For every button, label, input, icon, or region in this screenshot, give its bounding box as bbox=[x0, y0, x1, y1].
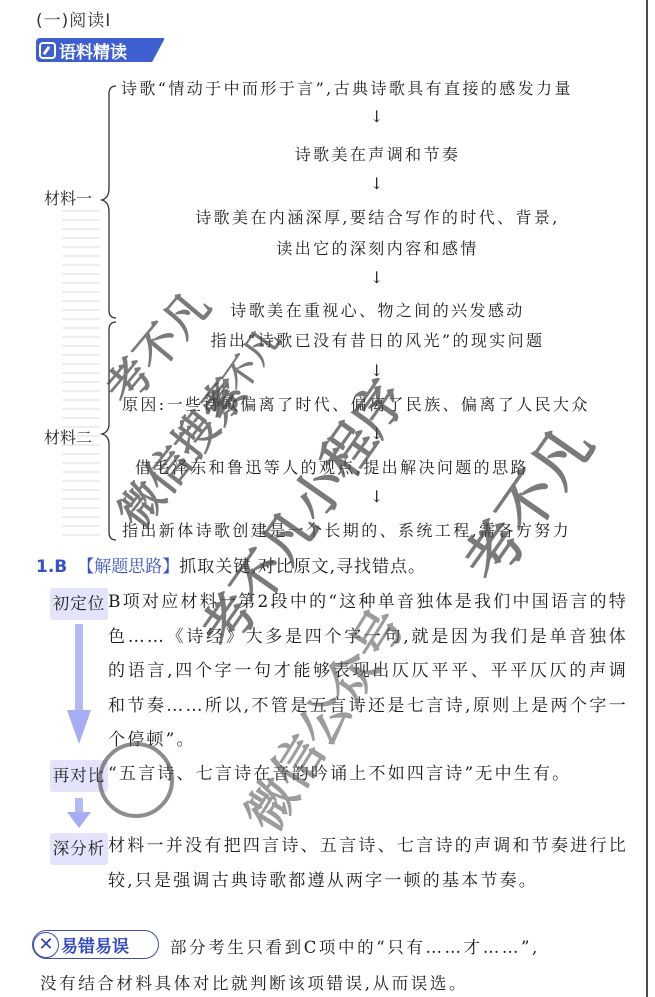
material-one-brace bbox=[100, 84, 118, 320]
outline-node: 读出它的深刻内容和感情 bbox=[120, 236, 635, 259]
answer-heading: 1.B【解题思路】抓取关键,对比原文,寻找错点。 bbox=[36, 552, 426, 577]
material-two-label: 材料二 bbox=[44, 425, 92, 448]
step-text-analyze: 材料一并没有把四言诗、五言诗、七言诗的声调和节奏进行比较,只是强调古典诗歌都遵从… bbox=[108, 829, 628, 898]
flow-arrow-icon: ↓ bbox=[370, 108, 382, 126]
material-one-label: 材料一 bbox=[44, 186, 92, 209]
solution-tag: 【解题思路】 bbox=[77, 557, 179, 577]
flow-arrow-icon: ↓ bbox=[370, 425, 382, 443]
section-badge-label: 语料精读 bbox=[59, 38, 127, 63]
solution-summary: 抓取关键,对比原文,寻找错点。 bbox=[179, 557, 426, 577]
outline-node: 借毛泽东和鲁迅等人的观点,提出解决问题的思路 bbox=[135, 455, 529, 478]
outline-node: 诗歌美在声调和节奏 bbox=[120, 142, 635, 165]
watermark-text: 微信搜索 bbox=[100, 361, 259, 539]
step-text-locate: B项对应材料一第2段中的“这种单音独体是我们中国语言的特色……《诗经》大多是四个… bbox=[108, 585, 628, 758]
outline-node: 诗歌“情动于中而形于言”,古典诗歌具有直接的感发力量 bbox=[121, 76, 573, 99]
flow-arrow-icon: ↓ bbox=[370, 488, 382, 506]
outline-node: 指出新体诗歌创建是一个长期的、系统工程,需各方努力 bbox=[122, 518, 571, 541]
outline-node: 诗歌美在内涵深厚,要结合写作的时代、背景, bbox=[120, 205, 635, 228]
scan-artifact bbox=[62, 210, 100, 540]
flow-arrow-icon: ↓ bbox=[370, 175, 382, 193]
error-note-line-2: 没有结合材料具体对比就判断该项错误,从而误选。 bbox=[40, 970, 468, 994]
section-label: (一)阅读Ⅰ bbox=[36, 6, 111, 31]
error-note-line-1: 部分考生只看到C项中的“只有……才……”, bbox=[170, 934, 540, 958]
error-prone-label: 易错易误 bbox=[61, 932, 129, 957]
outline-node: 指出“诗歌已没有昔日的风光”的现实问题 bbox=[120, 328, 635, 351]
step-tag-locate: 初定位 bbox=[50, 588, 108, 620]
outline-node: 原因:一些诗歌偏离了时代、偏离了民族、偏离了人民大众 bbox=[122, 392, 590, 415]
step-arrow-icon bbox=[66, 624, 92, 746]
step-arrow-icon bbox=[66, 798, 92, 830]
flow-arrow-icon: ↓ bbox=[370, 269, 382, 287]
flow-arrow-icon: ↓ bbox=[370, 362, 382, 380]
x-icon: ✕ bbox=[33, 932, 59, 958]
section-badge: 语料精读 bbox=[36, 38, 165, 62]
error-prone-badge: ✕ 易错易误 bbox=[32, 930, 159, 959]
step-tag-analyze: 深分析 bbox=[50, 833, 108, 865]
material-two-brace bbox=[100, 320, 118, 542]
watermark-text: 考不凡 bbox=[440, 405, 609, 596]
step-text-compare: “五言诗、七言诗在音韵吟诵上不如四言诗”无中生有。 bbox=[108, 757, 628, 792]
page-divider-line bbox=[646, 0, 648, 997]
answer-number: 1.B bbox=[36, 557, 67, 577]
pencil-note-icon bbox=[39, 42, 56, 59]
watermark-chat-icon bbox=[98, 742, 174, 818]
outline-node: 诗歌美在重视心、物之间的兴发感动 bbox=[120, 298, 635, 321]
